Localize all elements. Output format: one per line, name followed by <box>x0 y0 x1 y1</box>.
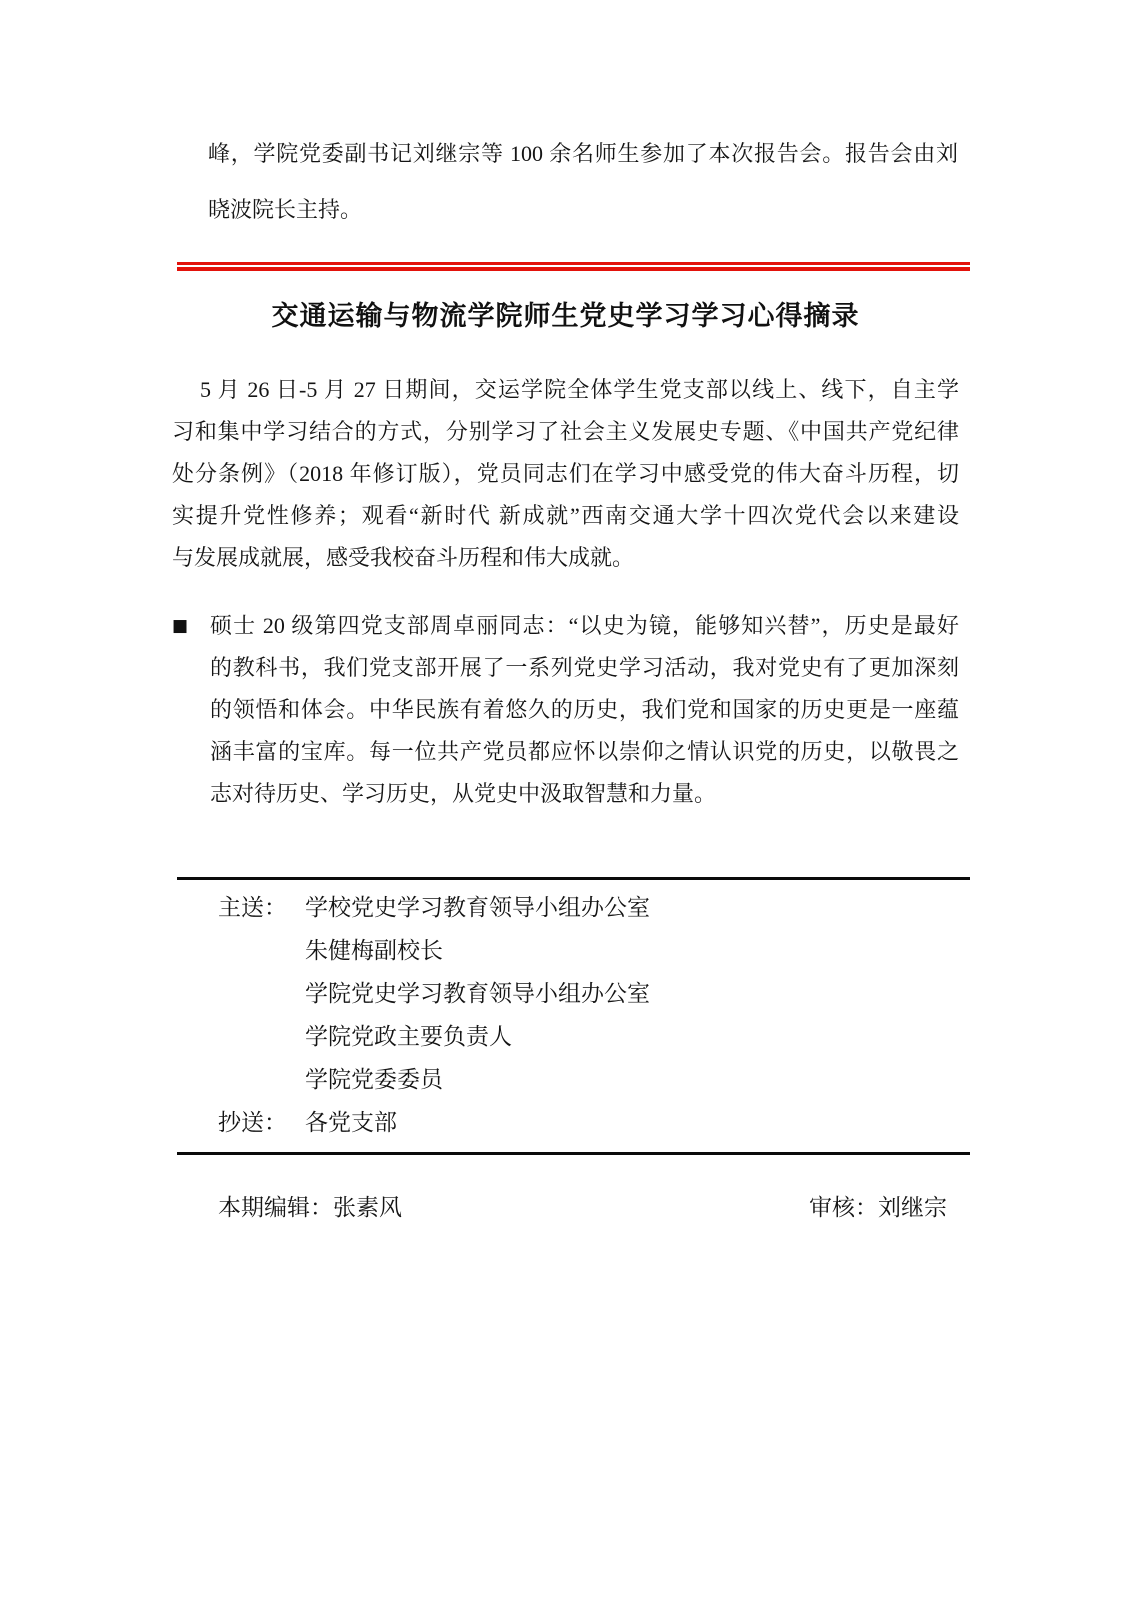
reviewer-label: 审核： <box>809 1195 878 1220</box>
text-line: 与发展成就展，感受我校奋斗历程和伟大成就。 <box>172 537 959 579</box>
document-page: 峰，学院党委副书记刘继宗等 100 余名师生参加了本次报告会。报告会由刘晓波院长… <box>0 0 1131 1600</box>
distribution-row: 学院党史学习教育领导小组办公室 <box>218 972 959 1015</box>
text-line: 峰，学院党委副书记刘继宗等 100 余名师生参加了本次报告会。报告会由刘 <box>208 126 958 182</box>
distribution-row: 主送：学校党史学习教育领导小组办公室 <box>218 886 959 929</box>
text-line: 实提升党性修养；观看“新时代 新成就”西南交通大学十四次党代会以来建设 <box>172 495 959 537</box>
text-line: 志对待历史、学习历史，从党史中汲取智慧和力量。 <box>210 773 959 815</box>
summary-paragraph: 5 月 26 日-5 月 27 日期间，交运学院全体学生党支部以线上、线下，自主… <box>172 369 959 579</box>
intro-paragraph: 峰，学院党委副书记刘继宗等 100 余名师生参加了本次报告会。报告会由刘晓波院长… <box>208 126 958 238</box>
distribution-row: 抄送：各党支部 <box>218 1101 959 1144</box>
credits-row: 本期编辑：张素风 审核：刘继宗 <box>172 1193 959 1223</box>
distribution-rows: 主送：学校党史学习教育领导小组办公室 朱健梅副校长 学院党史学习教育领导小组办公… <box>172 880 959 1152</box>
distribution-value: 各党支部 <box>305 1110 397 1135</box>
distribution-row: 学院党委委员 <box>218 1058 959 1101</box>
distribution-value: 朱健梅副校长 <box>305 938 443 963</box>
text-line: 习和集中学习结合的方式，分别学习了社会主义发展史专题、《中国共产党纪律 <box>172 411 959 453</box>
distribution-value: 学院党史学习教育领导小组办公室 <box>305 981 650 1006</box>
bullet-paragraph: 硕士 20 级第四党支部周卓丽同志：“以史为镜，能够知兴替”，历史是最好的教科书… <box>210 605 959 815</box>
section-title: 交通运输与物流学院师生党史学习学习心得摘录 <box>172 299 959 333</box>
text-line: 硕士 20 级第四党支部周卓丽同志：“以史为镜，能够知兴替”，历史是最好 <box>210 605 959 647</box>
editor-label: 本期编辑： <box>218 1195 333 1220</box>
distribution-block: 主送：学校党史学习教育领导小组办公室 朱健梅副校长 学院党史学习教育领导小组办公… <box>172 877 959 1155</box>
distribution-label: 抄送： <box>218 1101 305 1144</box>
distribution-value: 学院党政主要负责人 <box>305 1024 512 1049</box>
reviewer-credit: 审核：刘继宗 <box>809 1193 947 1223</box>
reviewer-name: 刘继宗 <box>878 1195 947 1220</box>
distribution-row: 学院党政主要负责人 <box>218 1015 959 1058</box>
text-line: 晓波院长主持。 <box>208 182 958 238</box>
editor-credit: 本期编辑：张素风 <box>218 1193 402 1223</box>
distribution-value: 学校党史学习教育领导小组办公室 <box>305 895 650 920</box>
square-bullet-icon: ■ <box>172 605 210 647</box>
text-line: 涵丰富的宝库。每一位共产党员都应怀以崇仰之情认识党的历史，以敬畏之 <box>210 731 959 773</box>
red-divider <box>177 262 970 271</box>
text-line: 处分条例》（2018 年修订版），党员同志们在学习中感受党的伟大奋斗历程，切 <box>172 453 959 495</box>
distribution-label: 主送： <box>218 886 305 929</box>
text-line: 5 月 26 日-5 月 27 日期间，交运学院全体学生党支部以线上、线下，自主… <box>172 369 959 411</box>
distribution-row: 朱健梅副校长 <box>218 929 959 972</box>
text-line: 的教科书，我们党支部开展了一系列党史学习活动，我对党史有了更加深刻 <box>210 647 959 689</box>
bullet-item: ■ 硕士 20 级第四党支部周卓丽同志：“以史为镜，能够知兴替”，历史是最好的教… <box>172 605 959 815</box>
distribution-value: 学院党委委员 <box>305 1067 443 1092</box>
editor-name: 张素风 <box>333 1195 402 1220</box>
text-line: 的领悟和体会。中华民族有着悠久的历史，我们党和国家的历史更是一座蕴 <box>210 689 959 731</box>
distribution-bottom-rule <box>177 1152 970 1155</box>
